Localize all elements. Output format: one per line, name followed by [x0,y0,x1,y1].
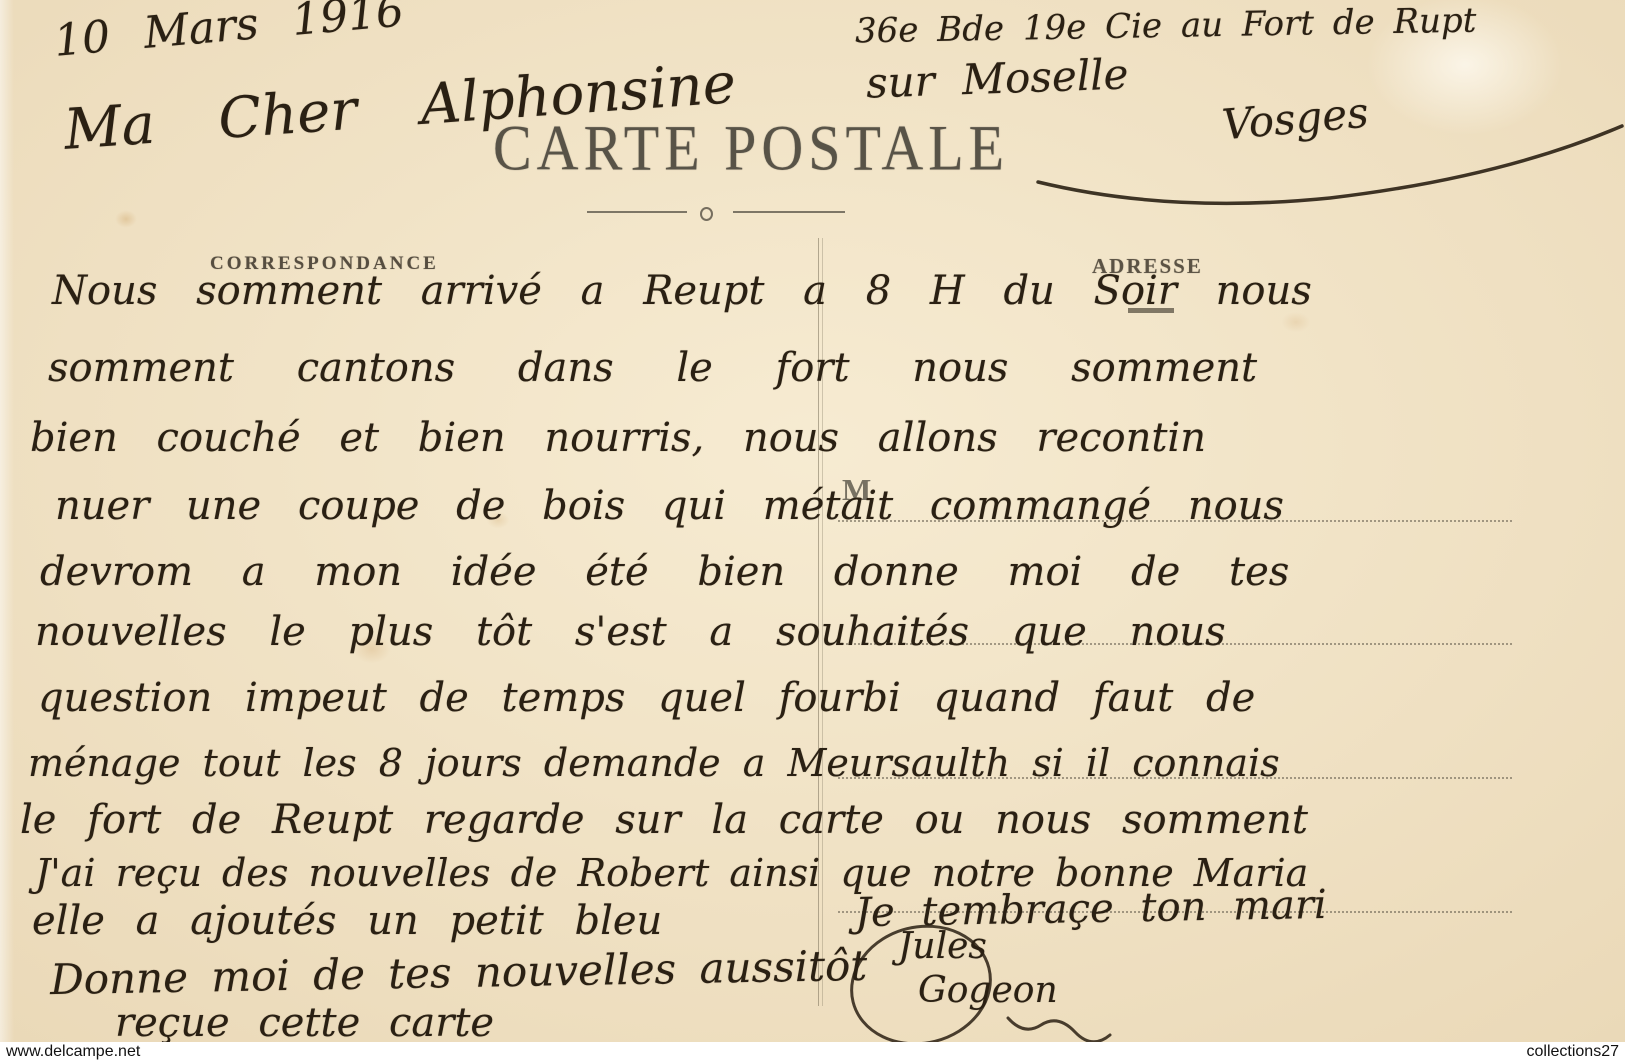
handwritten-unit-line: sur Moselle [865,49,1129,107]
handwritten-unit-line: Vosges [1220,88,1370,150]
closing-line: Donne moi de tes nouvelles aussitôt [50,941,868,1004]
message-line: devrom a mon idée été bien donne moi de … [40,549,1289,595]
handwritten-unit-line: 36e Bde 19e Cie au Fort de Rupt [855,1,1477,52]
closing-line: elle a ajoutés un petit bleu [32,898,662,944]
handwritten-date: 10 Mars 1916 [52,0,406,67]
divider-line-right [733,211,845,213]
message-line: question impeut de temps quel fourbi qua… [38,675,1255,721]
signature-squiggle [1008,1018,1110,1042]
postcard-scan: CARTE POSTALE CORRESPONDANCE ADRESSE M 1… [0,0,1625,1063]
divider-circle-icon [700,207,713,221]
message-line: somment cantons dans le fort nous sommen… [48,345,1257,391]
message-line: bien couché et bien nourris, nous allons… [30,415,1206,461]
message-line: le fort de Reupt regarde sur la carte ou… [20,797,1308,843]
title-divider-ornament [587,206,845,218]
postcard-back: CARTE POSTALE CORRESPONDANCE ADRESSE M 1… [0,0,1625,1063]
message-line: Nous somment arrivé a Reupt a 8 H du Soi… [52,268,1312,314]
message-line: ménage tout les 8 jours demande a Meursa… [28,741,1280,785]
divider-line-left [587,211,687,213]
watermark-right: collections27 [1527,1043,1620,1061]
watermark-strip: www.delcampe.net collections27 [0,1042,1625,1063]
message-line: nouvelles le plus tôt s'est a souhaités … [35,609,1226,655]
watermark-left: www.delcampe.net [6,1043,140,1061]
closing-line: reçue cette carte [115,1000,494,1046]
message-line: nuer une coupe de bois qui métait comman… [55,483,1284,529]
signature-first-name: Jules [898,926,987,967]
signature-last-name: Gogeon [918,970,1058,1011]
